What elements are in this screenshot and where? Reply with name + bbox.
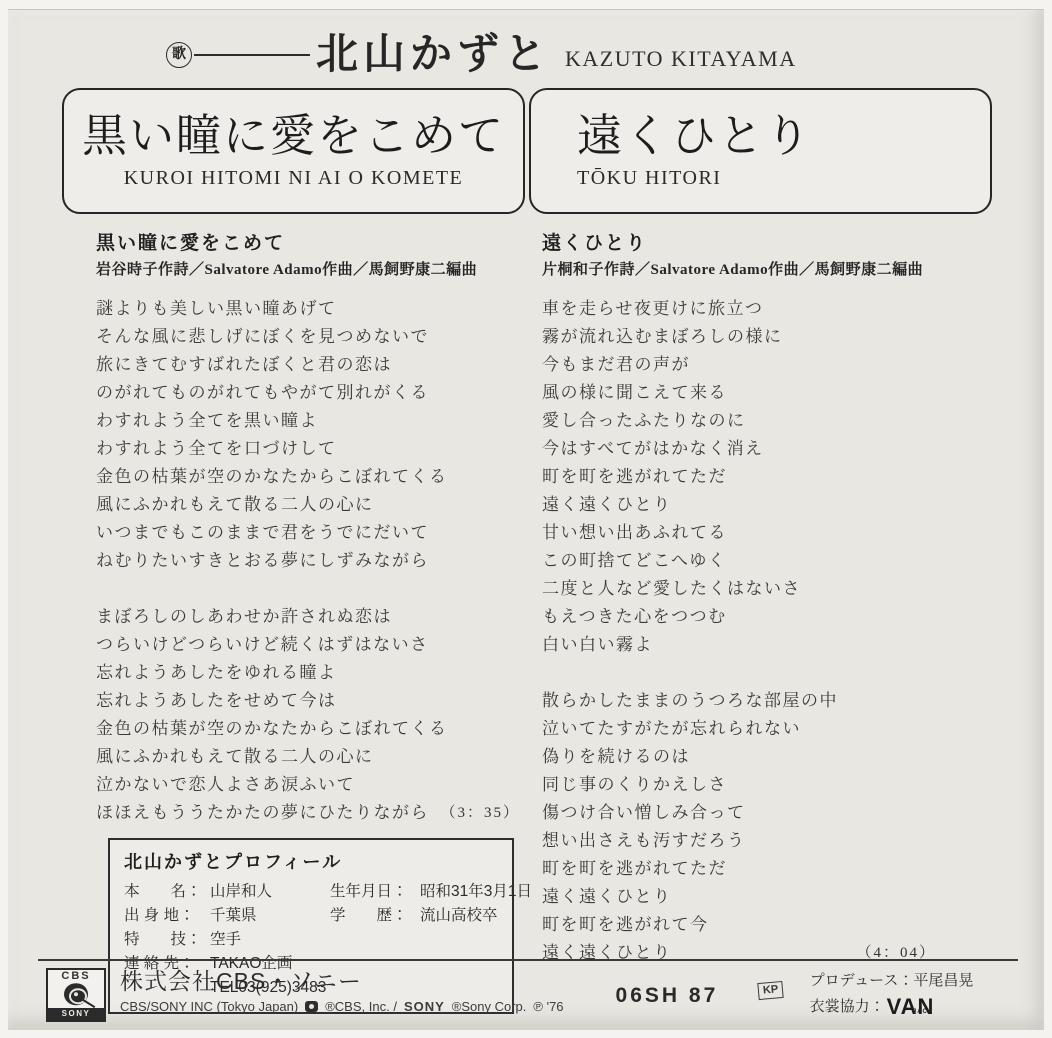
lyric-line: 金色の枯葉が空のかなたからこぼれてくる xyxy=(96,463,528,491)
lyric-line: 遠く遠くひとり xyxy=(542,491,974,519)
song-a-verse-2: まぼろしのしあわせか許されぬ恋はつらいけどつらいけど続くはずはないさ忘れようあし… xyxy=(96,603,528,827)
lyric-line: もえつきた心をつつむ xyxy=(542,603,974,631)
profile-row: 特 技： 空手 xyxy=(124,928,500,952)
kp-badge: KP xyxy=(758,981,785,1000)
lyrics-section: 黒い瞳に愛をこめて 岩谷時子作詩／Salvatore Adamo作曲／馬飼野康二… xyxy=(8,214,1044,1014)
cbs-sony-logo: CBS SONY xyxy=(46,968,106,1022)
lyric-line: 偽りを続けるのは xyxy=(542,743,974,771)
lyric-line: 旅にきてむすばれたぼくと君の恋は xyxy=(96,351,528,379)
song-a-credits: 岩谷時子作詩／Salvatore Adamo作曲／馬飼野康二編曲 xyxy=(96,258,528,279)
profile-value: 千葉県 xyxy=(210,904,330,928)
legal-text-2: ®CBS, Inc. / xyxy=(325,999,397,1014)
cbs-logo-text: CBS xyxy=(48,970,104,982)
van-logo-sub: JAC xyxy=(913,1002,928,1022)
song-b-verse-2: 散らかしたままのうつろな部屋の中泣いてたすがたが忘れられない偽りを続けるのは同じ… xyxy=(542,687,974,967)
side-b-title-jp: 遠くひとり xyxy=(577,112,812,162)
lyric-line: 金色の枯葉が空のかなたからこぼれてくる xyxy=(96,715,528,743)
lyric-line: 白い白い霧よ xyxy=(542,631,974,659)
lyric-line: 風の様に聞こえて来る xyxy=(542,379,974,407)
costume-label: 衣裳協力： xyxy=(810,994,885,1020)
lyric-line: 忘れようあしたをゆれる瞳よ xyxy=(96,659,528,687)
artist-name: 北山かずと xyxy=(316,34,551,76)
profile-value: 山岸和人 xyxy=(210,880,330,904)
lyric-line: そんな風に悲しげにぼくを見つめないで xyxy=(96,323,528,351)
profile-label: 特 技： xyxy=(124,928,210,952)
lyric-line: 町を町を逃がれてただ xyxy=(542,855,974,883)
song-mark-icon: 歌 xyxy=(166,42,192,68)
lyric-line: 傷つけ合い憎しみ合って xyxy=(542,799,974,827)
profile-row: 本 名： 山岸和人 生年月日： 昭和31年3月1日 xyxy=(124,880,500,904)
lyric-line: 愛し合ったふたりなのに xyxy=(542,407,974,435)
lyric-line: 今はすべてがはかなく消え xyxy=(542,435,974,463)
profile-value: 空手 xyxy=(210,928,330,952)
song-a-column: 黒い瞳に愛をこめて 岩谷時子作詩／Salvatore Adamo作曲／馬飼野康二… xyxy=(96,228,528,1014)
lyric-line: いつまでもこのままで君をうでにだいて xyxy=(96,519,528,547)
song-b-credits: 片桐和子作詩／Salvatore Adamo作曲／馬飼野康二編曲 xyxy=(542,258,974,279)
title-panel-side-a: 黒い瞳に愛をこめて KUROI HITOMI NI AI O KOMETE xyxy=(62,88,525,214)
header-dash-rule xyxy=(194,54,310,56)
costume-credit: 衣裳協力： VANJAC xyxy=(810,994,974,1020)
lyric-line: 泣かないで恋人よさあ涙ふいて xyxy=(96,771,528,799)
producer-credit: プロデュース：平尾昌晃 xyxy=(810,968,974,994)
profile-value: 昭和31年3月1日 xyxy=(420,880,532,904)
catalog-number: 06SH 87 xyxy=(616,984,719,1008)
lyric-line: 霧が流れ込むまぼろしの様に xyxy=(542,323,974,351)
song-b-heading: 遠くひとり xyxy=(542,228,974,255)
profile-title: 北山かずとプロフィール xyxy=(124,848,500,874)
lyric-line: 遠く遠くひとり xyxy=(542,883,974,911)
footer: CBS SONY 株式会社CBS・ソニー CBS/SONY INC (Tokyo… xyxy=(38,959,1018,1022)
sony-wordmark: SONY xyxy=(404,999,445,1014)
lyric-line: 甘い想い出あふれてる xyxy=(542,519,974,547)
side-b-title-romaji: TŌKU HITORI xyxy=(577,167,721,190)
lyric-line: 謎よりも美しい黒い瞳あげて xyxy=(96,295,528,323)
lyric-line: 同じ事のくりかえしさ xyxy=(542,771,974,799)
profile-value: 流山高校卒 xyxy=(420,904,500,928)
song-b-column: 遠くひとり 片桐和子作詩／Salvatore Adamo作曲／馬飼野康二編曲 車… xyxy=(542,228,974,1014)
legal-line: CBS/SONY INC (Tokyo Japan) ®CBS, Inc. / … xyxy=(120,999,564,1014)
lyric-line: つらいけどつらいけど続くはずはないさ xyxy=(96,631,528,659)
legal-text-1: CBS/SONY INC (Tokyo Japan) xyxy=(120,999,298,1014)
side-a-title-romaji: KUROI HITOMI NI AI O KOMETE xyxy=(124,167,464,190)
company-name: 株式会社CBS・ソニー xyxy=(120,968,564,994)
phonogram-notice: ℗ '76 xyxy=(533,999,563,1014)
cbs-mini-eye-icon xyxy=(305,1001,318,1012)
lyric-line: 想い出さえも汚すだろう xyxy=(542,827,974,855)
lyric-line: 町を町を逃がれてただ xyxy=(542,463,974,491)
legal-text-3: ®Sony Corp. xyxy=(452,999,527,1014)
record-sleeve-back: 歌 北山かずと KAZUTO KITAYAMA 黒い瞳に愛をこめて KUROI … xyxy=(8,9,1044,1030)
company-block: 株式会社CBS・ソニー CBS/SONY INC (Tokyo Japan) ®… xyxy=(120,968,564,1014)
profile-row: 出 身 地： 千葉県 学 歴： 流山高校卒 xyxy=(124,904,500,928)
sony-logo-text: SONY xyxy=(48,1008,104,1020)
lyric-line: わすれよう全てを黒い瞳よ xyxy=(96,407,528,435)
lyric-line: 車を走らせ夜更けに旅立つ xyxy=(542,295,974,323)
title-panels: 黒い瞳に愛をこめて KUROI HITOMI NI AI O KOMETE 遠く… xyxy=(62,88,992,214)
lyric-line: 町を町を逃がれて今 xyxy=(542,911,974,939)
profile-label: 生年月日： xyxy=(330,880,420,904)
profile-label: 本 名： xyxy=(124,880,210,904)
lyric-line: ねむりたいすきとおる夢にしずみながら xyxy=(96,547,528,575)
profile-label: 出 身 地： xyxy=(124,904,210,928)
side-a-title-jp: 黒い瞳に愛をこめて xyxy=(82,112,505,162)
title-panel-side-b: 遠くひとり TŌKU HITORI xyxy=(529,88,992,214)
lyric-line: まぼろしのしあわせか許されぬ恋は xyxy=(96,603,528,631)
lyric-line: この町捨てどこへゆく xyxy=(542,547,974,575)
lyric-line: のがれてものがれてもやがて別れがくる xyxy=(96,379,528,407)
lyric-line: わすれよう全てを口づけして xyxy=(96,435,528,463)
lyric-line: 散らかしたままのうつろな部屋の中 xyxy=(542,687,974,715)
song-a-heading: 黒い瞳に愛をこめて xyxy=(96,228,528,255)
lyric-line: 忘れようあしたをせめて今は xyxy=(96,687,528,715)
production-credits: プロデュース：平尾昌晃 衣裳協力： VANJAC xyxy=(810,968,974,1020)
header: 歌 北山かずと KAZUTO KITAYAMA xyxy=(8,10,1044,84)
lyric-line: 二度と人など愛したくはないさ xyxy=(542,575,974,603)
lyric-line: 風にふかれもえて散る二人の心に xyxy=(96,491,528,519)
artist-name-romaji: KAZUTO KITAYAMA xyxy=(565,38,797,72)
song-a-verse-1: 謎よりも美しい黒い瞳あげてそんな風に悲しげにぼくを見つめないで旅にきてむすばれた… xyxy=(96,295,528,575)
van-logo: VANJAC xyxy=(887,997,935,1017)
lyric-line: 泣いてたすがたが忘れられない xyxy=(542,715,974,743)
lyric-line: 今もまだ君の声が xyxy=(542,351,974,379)
song-b-verse-1: 車を走らせ夜更けに旅立つ霧が流れ込むまぼろしの様に今もまだ君の声が風の様に聞こえ… xyxy=(542,295,974,659)
profile-label: 学 歴： xyxy=(330,904,420,928)
lyric-line: 風にふかれもえて散る二人の心に xyxy=(96,743,528,771)
